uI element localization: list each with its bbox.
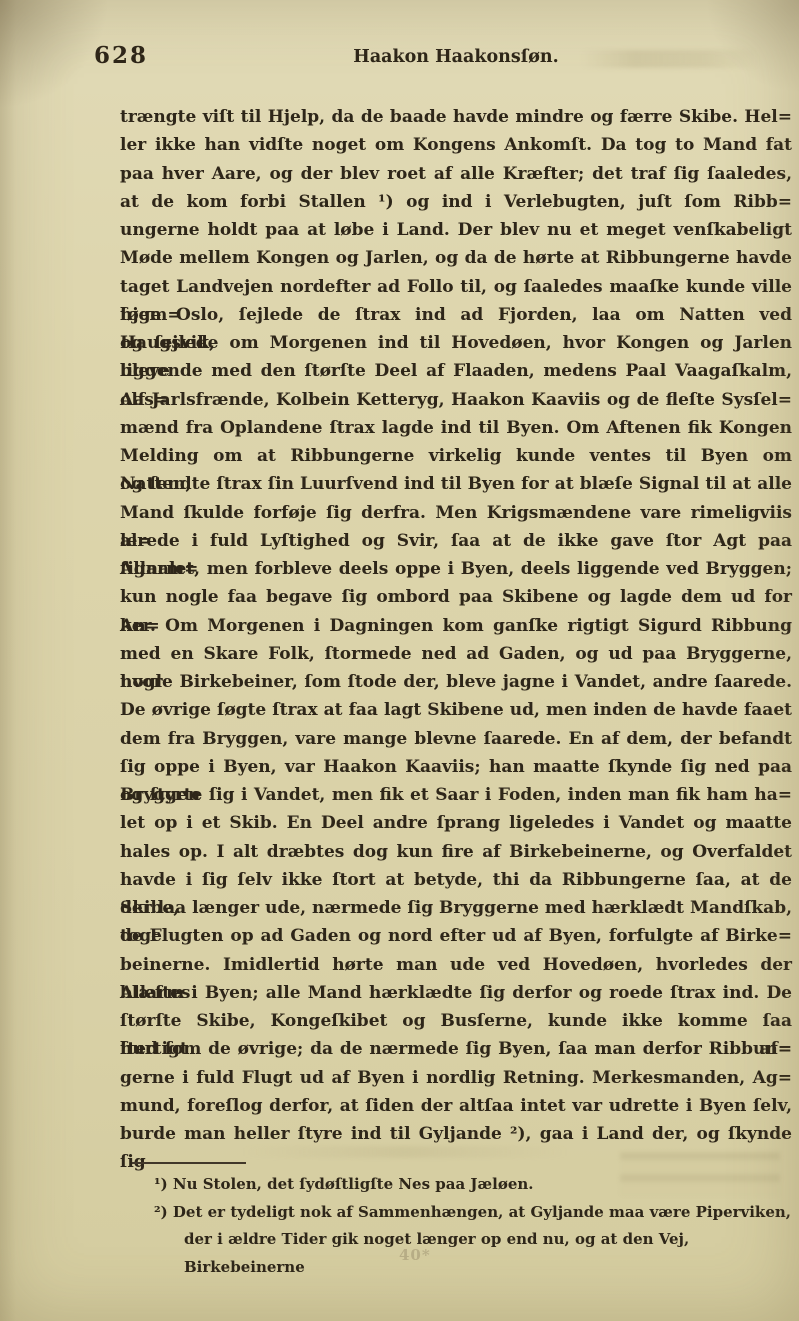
text-line: ker. Om Morgenen i Dagningen kom ganſke …: [120, 612, 792, 640]
text-line: let op i et Skib. En Deel andre ſprang l…: [120, 809, 792, 837]
text-line: og ſtyrte ſig i Vandet, men fik et Saar …: [120, 781, 792, 809]
text-line: at de kom forbi Stallen ¹) og ind i Verl…: [120, 188, 792, 216]
text-line: olf Jarlsfrænde, Kolbein Ketteryg, Haako…: [120, 386, 792, 414]
book-page-scan: { "colors": { "paper": "#ddd5ac", "ink":…: [0, 0, 799, 1321]
footnote-separator: [132, 1162, 246, 1164]
text-line: kun nogle faa begave ſig ombord paa Skib…: [120, 583, 792, 611]
text-line: ſig oppe i Byen, var Haakon Kaaviis; han…: [120, 753, 792, 781]
text-line: mænd fra Oplandene ſtrax lagde ind til B…: [120, 414, 792, 442]
text-line: paa hver Aare, og der blev roet af alle …: [120, 160, 792, 188]
text-line: Allarm i Byen; alle Mand hærklædte ſig d…: [120, 979, 792, 1007]
text-line: nogle Birkebeiner, ſom ſtode der, bleve …: [120, 668, 792, 696]
text-line: taget Landvejen nordefter ad Follo til, …: [120, 273, 792, 301]
text-line: ungerne holdt paa at løbe i Land. Der bl…: [120, 216, 792, 244]
text-line: der laa længer ude, nærmede ſig Bryggern…: [120, 894, 792, 922]
running-title: Haakon Haakonsſøn.: [120, 47, 792, 67]
text-line: mund, foreſlog derfor, at ſiden der altſ…: [120, 1092, 792, 1120]
text-line: ler ikke han vidſte noget om Kongens Ank…: [120, 131, 792, 159]
text-line: og ſejlede om Morgenen ind til Hovedøen,…: [120, 329, 792, 357]
text-line: Melding om at Ribbungerne virkelig kunde…: [120, 442, 792, 470]
text-line: de Flugten op ad Gaden og nord efter ud …: [120, 922, 792, 950]
footnote-line: ²) Det er tydeligt nok af Sammenhængen, …: [154, 1199, 791, 1227]
footnote-line: der i ældre Tider gik noget længer op en…: [154, 1226, 791, 1281]
text-line: havde i ſig ſelv ikke ſtort at betyde, t…: [120, 866, 792, 894]
text-line: burde man heller ſtyre ind til Gyljande …: [120, 1120, 792, 1148]
footnote-line: ¹) Nu Stolen, det ſydøſtligſte Nes paa J…: [154, 1171, 791, 1199]
text-line: ſøge Oslo, ſejlede de ſtrax ind ad Fjord…: [120, 301, 792, 329]
text-line: ſted ſom de øvrige; da de nærmede ſig By…: [120, 1035, 792, 1063]
body-text: trængte viſt til Hjelp, da de baade havd…: [120, 103, 792, 1148]
text-line: med en Skare Folk, ſtormede ned ad Gaden…: [120, 640, 792, 668]
text-line: dem fra Bryggen, vare mange blevne ſaare…: [120, 725, 792, 753]
text-line: beinerne. Imidlertid hørte man ude ved H…: [120, 951, 792, 979]
footnotes: ¹) Nu Stolen, det ſydøſtligſte Nes paa J…: [154, 1171, 791, 1281]
text-line: De øvrige ſøgte ſtrax at faa lagt Skiben…: [120, 696, 792, 724]
text-line: ſtørſte Skibe, Kongeſkibet og Busſerne, …: [120, 1007, 792, 1035]
text-line: Møde mellem Kongen og Jarlen, og da de h…: [120, 244, 792, 272]
text-line: hales op. I alt dræbtes dog kun fire af …: [120, 838, 792, 866]
signature-mark: 40*: [399, 1246, 431, 1264]
text-line: gerne i fuld Flugt ud af Byen i nordlig …: [120, 1064, 792, 1092]
text-line: liggende med den ſtørſte Deel af Flaaden…: [120, 357, 792, 385]
text-line: ſignalet, men forbleve deels oppe i Byen…: [120, 555, 792, 583]
text-line: trængte viſt til Hjelp, da de baade havd…: [120, 103, 792, 131]
text-line: lerede i fuld Lyſtighed og Svir, ſaa at …: [120, 527, 792, 555]
text-line: og ſendte ſtrax ſin Luurſvend ind til By…: [120, 470, 792, 498]
text-line: Mand ſkulde forføje ſig derfra. Men Krig…: [120, 499, 792, 527]
